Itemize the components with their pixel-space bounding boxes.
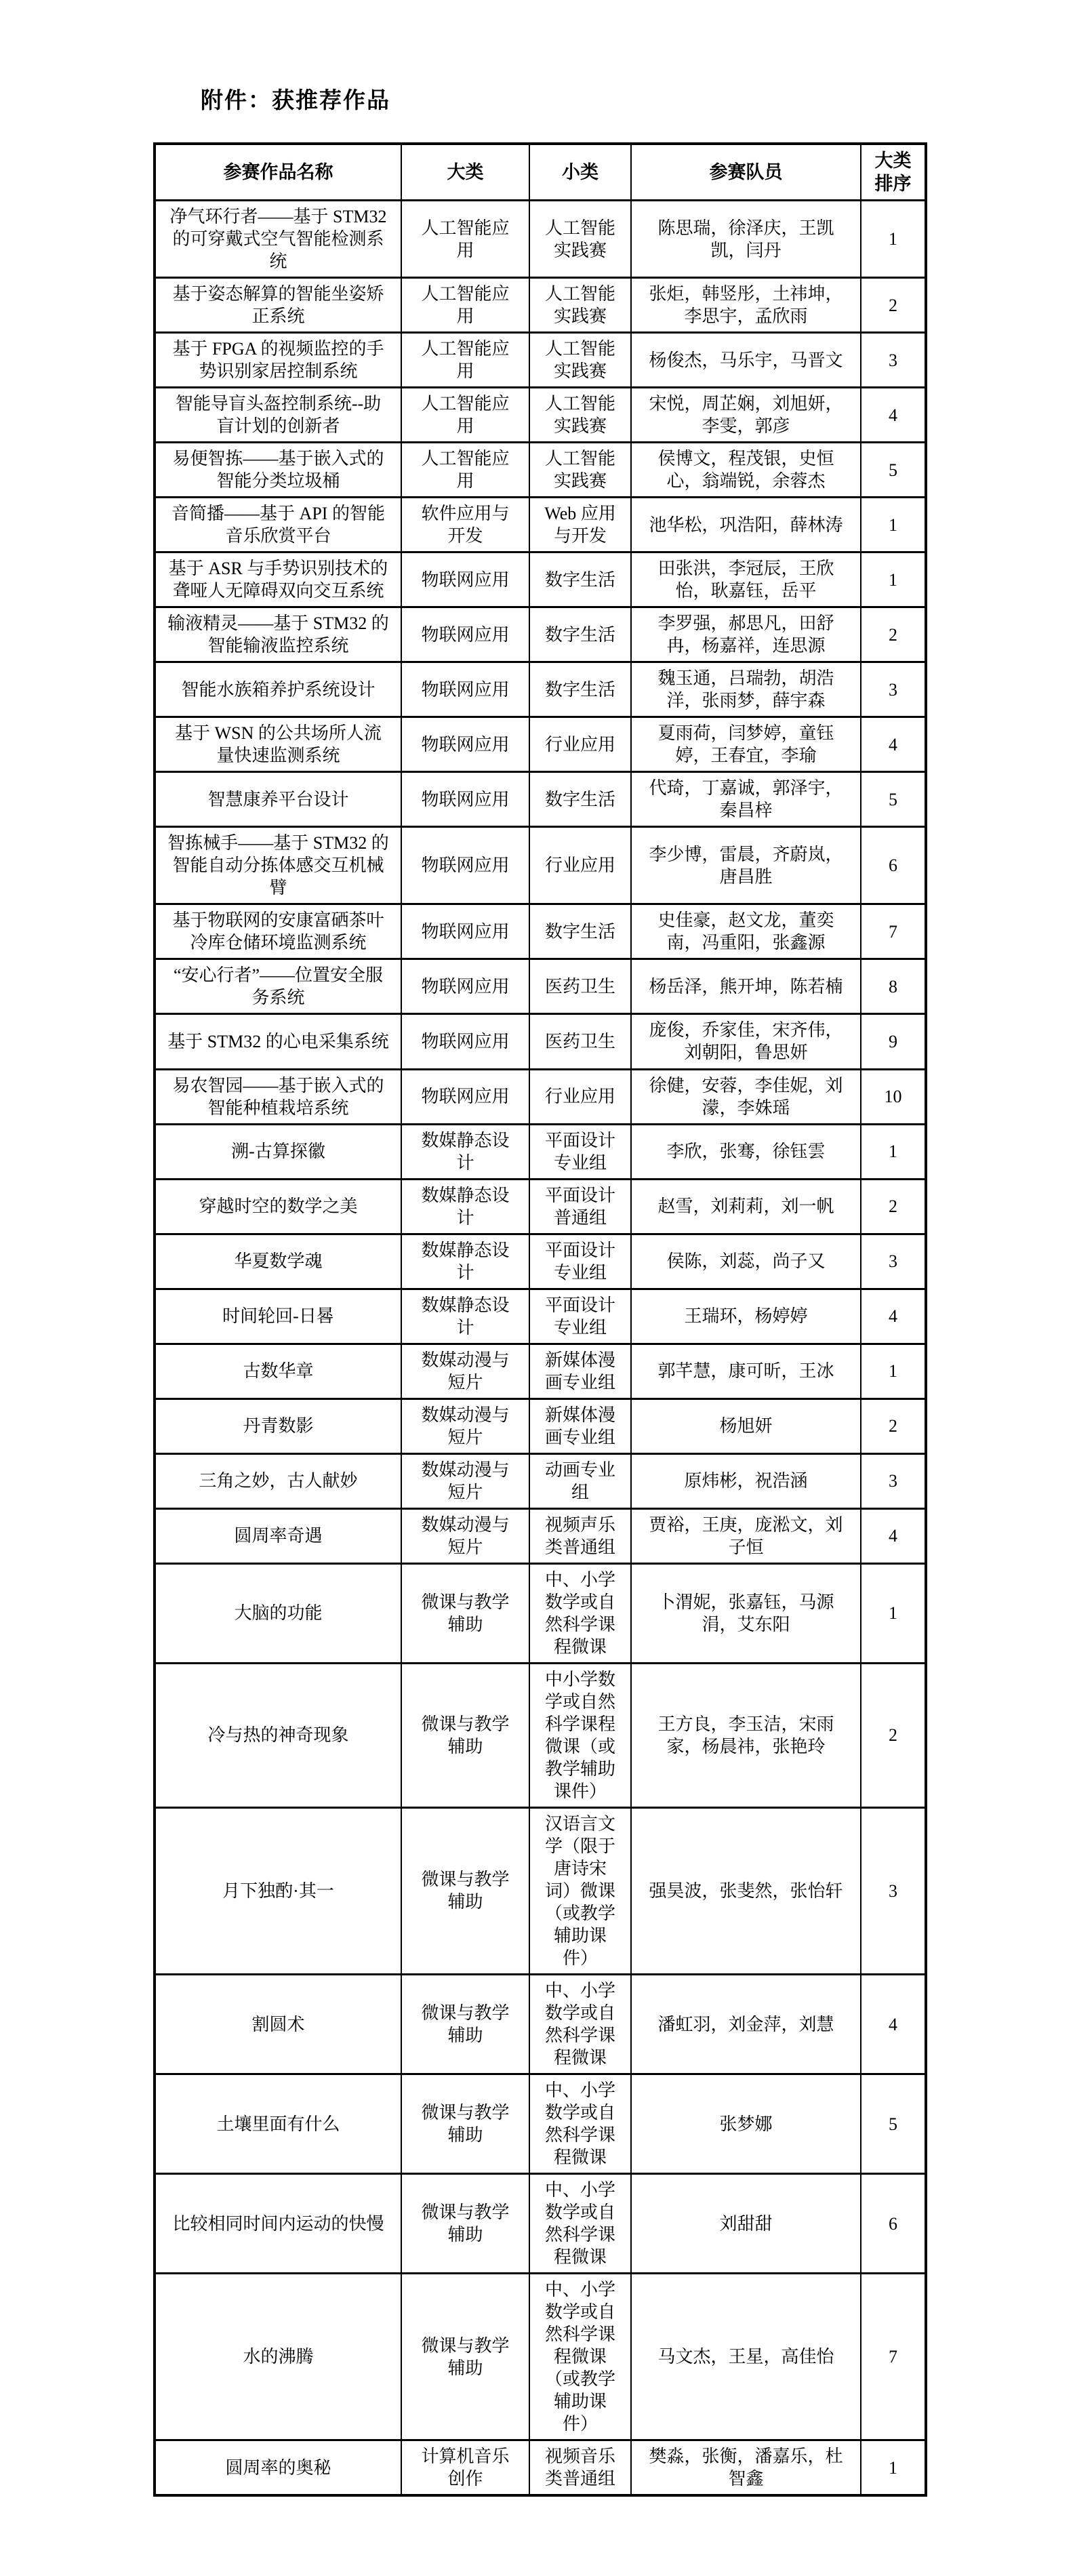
- subcategory-cell: 人工智能实践赛: [529, 201, 631, 278]
- work-name-cell: 冷与热的神奇现象: [155, 1663, 401, 1807]
- subcategory-cell: 汉语言文学（限于唐诗宋词）微课（或教学辅助课件）: [529, 1807, 631, 1974]
- table-row: 穿越时空的数学之美数媒静态设计平面设计普通组赵雪，刘莉莉，刘一帆2: [155, 1179, 926, 1234]
- category-cell: 人工智能应用: [401, 201, 529, 278]
- work-name-cell: 智能导盲头盔控制系统--助盲计划的创新者: [155, 388, 401, 443]
- subcategory-cell: 人工智能实践赛: [529, 333, 631, 388]
- rank-cell: 3: [861, 1807, 926, 1974]
- category-cell: 物联网应用: [401, 552, 529, 607]
- subcategory-cell: 人工智能实践赛: [529, 388, 631, 443]
- work-name-cell: 易农智园——基于嵌入式的智能种植栽培系统: [155, 1069, 401, 1124]
- subcategory-cell: 数字生活: [529, 552, 631, 607]
- table-row: 水的沸腾微课与教学辅助中、小学数学或自然科学课程微课（或教学辅助课件）马文杰，王…: [155, 2274, 926, 2440]
- rank-cell: 2: [861, 278, 926, 333]
- rank-cell: 4: [861, 1975, 926, 2074]
- category-cell: 物联网应用: [401, 827, 529, 904]
- table-row: 割圆术微课与教学辅助中、小学数学或自然科学课程微课潘虹羽，刘金萍，刘慧4: [155, 1975, 926, 2074]
- rank-cell: 7: [861, 2274, 926, 2440]
- subcategory-cell: 中、小学数学或自然科学课程微课: [529, 2174, 631, 2274]
- category-cell: 数媒动漫与短片: [401, 1453, 529, 1508]
- table-row: 古数华章数媒动漫与短片新媒体漫画专业组郭芊慧，康可昕，王冰1: [155, 1344, 926, 1398]
- members-cell: 潘虹羽，刘金萍，刘慧: [631, 1975, 861, 2074]
- table-row: 基于 FPGA 的视频监控的手势识别家居控制系统人工智能应用人工智能实践赛杨俊杰…: [155, 333, 926, 388]
- work-name-cell: 智能水族箱养护系统设计: [155, 662, 401, 717]
- column-header-subcategory: 小类: [529, 144, 631, 201]
- work-name-cell: 基于 WSN 的公共场所人流量快速监测系统: [155, 717, 401, 772]
- subcategory-cell: 数字生活: [529, 904, 631, 959]
- subcategory-cell: 新媒体漫画专业组: [529, 1344, 631, 1398]
- members-cell: 夏雨荷，闫梦婷，童钰婷，王春宜，李瑜: [631, 717, 861, 772]
- subcategory-cell: 行业应用: [529, 717, 631, 772]
- table-row: 基于 WSN 的公共场所人流量快速监测系统物联网应用行业应用夏雨荷，闫梦婷，童钰…: [155, 717, 926, 772]
- rank-cell: 6: [861, 2174, 926, 2274]
- table-row: 智拣械手——基于 STM32 的智能自动分拣体感交互机械臂物联网应用行业应用李少…: [155, 827, 926, 904]
- category-cell: 物联网应用: [401, 662, 529, 717]
- members-cell: 魏玉通，吕瑞勃，胡浩洋，张雨梦，薛宇森: [631, 662, 861, 717]
- rank-cell: 8: [861, 959, 926, 1014]
- table-row: 智能水族箱养护系统设计物联网应用数字生活魏玉通，吕瑞勃，胡浩洋，张雨梦，薛宇森3: [155, 662, 926, 717]
- table-row: 丹青数影数媒动漫与短片新媒体漫画专业组杨旭妍2: [155, 1398, 926, 1453]
- subcategory-cell: 平面设计普通组: [529, 1179, 631, 1234]
- category-cell: 人工智能应用: [401, 388, 529, 443]
- table-row: 音简播——基于 API 的智能音乐欣赏平台软件应用与开发Web 应用与开发池华松…: [155, 498, 926, 552]
- header-row: 参赛作品名称大类小类参赛队员大类排序: [155, 144, 926, 201]
- work-name-cell: 溯-古算探徽: [155, 1124, 401, 1179]
- rank-cell: 1: [861, 1344, 926, 1398]
- members-cell: 杨岳泽，熊开坤，陈若楠: [631, 959, 861, 1014]
- rank-cell: 7: [861, 904, 926, 959]
- work-name-cell: 输液精灵——基于 STM32 的智能输液监控系统: [155, 607, 401, 662]
- members-cell: 郭芊慧，康可昕，王冰: [631, 1344, 861, 1398]
- members-cell: 侯陈，刘蕊，尚子又: [631, 1234, 861, 1289]
- work-name-cell: 净气环行者——基于 STM32 的可穿戴式空气智能检测系统: [155, 201, 401, 278]
- members-cell: 池华松，巩浩阳，薛林涛: [631, 498, 861, 552]
- category-cell: 微课与教学辅助: [401, 2074, 529, 2174]
- work-name-cell: 智慧康养平台设计: [155, 772, 401, 827]
- subcategory-cell: 医药卫生: [529, 959, 631, 1014]
- work-name-cell: 丹青数影: [155, 1398, 401, 1453]
- table-row: 圆周率奇遇数媒动漫与短片视频声乐类普通组贾裕，王庚，庞淞文，刘子恒4: [155, 1508, 926, 1563]
- category-cell: 数媒动漫与短片: [401, 1508, 529, 1563]
- work-name-cell: 时间轮回-日晷: [155, 1289, 401, 1344]
- work-name-cell: 基于 FPGA 的视频监控的手势识别家居控制系统: [155, 333, 401, 388]
- category-cell: 微课与教学辅助: [401, 1807, 529, 1974]
- subcategory-cell: 中、小学数学或自然科学课程微课: [529, 1563, 631, 1663]
- work-name-cell: 穿越时空的数学之美: [155, 1179, 401, 1234]
- column-header-category: 大类: [401, 144, 529, 201]
- work-name-cell: 大脑的功能: [155, 1563, 401, 1663]
- rank-cell: 5: [861, 772, 926, 827]
- work-name-cell: 智拣械手——基于 STM32 的智能自动分拣体感交互机械臂: [155, 827, 401, 904]
- rank-cell: 3: [861, 333, 926, 388]
- rank-cell: 4: [861, 717, 926, 772]
- category-cell: 数媒静态设计: [401, 1289, 529, 1344]
- rank-cell: 10: [861, 1069, 926, 1124]
- category-cell: 物联网应用: [401, 772, 529, 827]
- rank-cell: 3: [861, 1234, 926, 1289]
- subcategory-cell: 行业应用: [529, 827, 631, 904]
- work-name-cell: 华夏数学魂: [155, 1234, 401, 1289]
- table-row: 易便智拣——基于嵌入式的智能分类垃圾桶人工智能应用人工智能实践赛侯博文，程茂银，…: [155, 443, 926, 498]
- table-row: 圆周率的奥秘计算机音乐创作视频音乐类普通组樊淼，张衡，潘嘉乐，杜智鑫1: [155, 2440, 926, 2496]
- subcategory-cell: 人工智能实践赛: [529, 278, 631, 333]
- work-name-cell: 月下独酌·其一: [155, 1807, 401, 1974]
- page-title: 附件：获推荐作品: [201, 83, 390, 115]
- rank-cell: 4: [861, 1289, 926, 1344]
- column-header-work-name: 参赛作品名称: [155, 144, 401, 201]
- rank-cell: 2: [861, 1398, 926, 1453]
- category-cell: 数媒动漫与短片: [401, 1398, 529, 1453]
- members-cell: 刘甜甜: [631, 2174, 861, 2274]
- rank-cell: 4: [861, 1508, 926, 1563]
- members-cell: 樊淼，张衡，潘嘉乐，杜智鑫: [631, 2440, 861, 2496]
- members-cell: 强昊波，张斐然，张怡轩: [631, 1807, 861, 1974]
- category-cell: 微课与教学辅助: [401, 2274, 529, 2440]
- work-name-cell: 基于 STM32 的心电采集系统: [155, 1014, 401, 1069]
- members-cell: 徐健，安蓉，李佳妮，刘濛，李姝瑶: [631, 1069, 861, 1124]
- members-cell: 王瑞环，杨婷婷: [631, 1289, 861, 1344]
- rank-cell: 2: [861, 1179, 926, 1234]
- table-row: 净气环行者——基于 STM32 的可穿戴式空气智能检测系统人工智能应用人工智能实…: [155, 201, 926, 278]
- subcategory-cell: Web 应用与开发: [529, 498, 631, 552]
- category-cell: 微课与教学辅助: [401, 2174, 529, 2274]
- rank-cell: 3: [861, 1453, 926, 1508]
- rank-cell: 2: [861, 1663, 926, 1807]
- members-cell: 庞俊，乔家佳，宋齐伟，刘朝阳，鲁思妍: [631, 1014, 861, 1069]
- members-cell: 宋悦，周芷娴，刘旭妍，李雯，郭彦: [631, 388, 861, 443]
- table-row: 易农智园——基于嵌入式的智能种植栽培系统物联网应用行业应用徐健，安蓉，李佳妮，刘…: [155, 1069, 926, 1124]
- rank-cell: 3: [861, 662, 926, 717]
- subcategory-cell: 新媒体漫画专业组: [529, 1398, 631, 1453]
- rank-cell: 1: [861, 498, 926, 552]
- table-row: 冷与热的神奇现象微课与教学辅助中小学数学或自然科学课程微课（或教学辅助课件）王方…: [155, 1663, 926, 1807]
- category-cell: 计算机音乐创作: [401, 2440, 529, 2496]
- category-cell: 物联网应用: [401, 904, 529, 959]
- category-cell: 物联网应用: [401, 717, 529, 772]
- table-row: 比较相同时间内运动的快慢微课与教学辅助中、小学数学或自然科学课程微课刘甜甜6: [155, 2174, 926, 2274]
- members-cell: 代琦，丁嘉诚，郭泽宇，秦昌梓: [631, 772, 861, 827]
- work-name-cell: 易便智拣——基于嵌入式的智能分类垃圾桶: [155, 443, 401, 498]
- table-row: 基于 STM32 的心电采集系统物联网应用医药卫生庞俊，乔家佳，宋齐伟，刘朝阳，…: [155, 1014, 926, 1069]
- category-cell: 物联网应用: [401, 1014, 529, 1069]
- work-name-cell: 古数华章: [155, 1344, 401, 1398]
- category-cell: 物联网应用: [401, 1069, 529, 1124]
- work-name-cell: 基于姿态解算的智能坐姿矫正系统: [155, 278, 401, 333]
- table-row: 基于姿态解算的智能坐姿矫正系统人工智能应用人工智能实践赛张炬，韩竖彤，土祎坤，李…: [155, 278, 926, 333]
- table-body: 净气环行者——基于 STM32 的可穿戴式空气智能检测系统人工智能应用人工智能实…: [155, 201, 926, 2496]
- subcategory-cell: 平面设计专业组: [529, 1234, 631, 1289]
- rank-cell: 9: [861, 1014, 926, 1069]
- category-cell: 数媒动漫与短片: [401, 1344, 529, 1398]
- members-cell: 张梦娜: [631, 2074, 861, 2174]
- category-cell: 人工智能应用: [401, 333, 529, 388]
- work-name-cell: 圆周率奇遇: [155, 1508, 401, 1563]
- column-header-rank: 大类排序: [861, 144, 926, 201]
- category-cell: 数媒静态设计: [401, 1234, 529, 1289]
- rank-cell: 1: [861, 1563, 926, 1663]
- work-name-cell: 水的沸腾: [155, 2274, 401, 2440]
- work-name-cell: 三角之妙，古人献妙: [155, 1453, 401, 1508]
- members-cell: 李少博，雷晨，齐蔚岚，唐昌胜: [631, 827, 861, 904]
- rank-cell: 2: [861, 607, 926, 662]
- subcategory-cell: 中、小学数学或自然科学课程微课（或教学辅助课件）: [529, 2274, 631, 2440]
- members-cell: 马文杰，王星，高佳怡: [631, 2274, 861, 2440]
- members-cell: 贾裕，王庚，庞淞文，刘子恒: [631, 1508, 861, 1563]
- category-cell: 微课与教学辅助: [401, 1563, 529, 1663]
- members-cell: 卜渭妮，张嘉钰，马源涓，艾东阳: [631, 1563, 861, 1663]
- category-cell: 微课与教学辅助: [401, 1975, 529, 2074]
- work-name-cell: 割圆术: [155, 1975, 401, 2074]
- category-cell: 数媒静态设计: [401, 1179, 529, 1234]
- table-row: 土壤里面有什么微课与教学辅助中、小学数学或自然科学课程微课张梦娜5: [155, 2074, 926, 2174]
- work-name-cell: “安心行者”——位置安全服务系统: [155, 959, 401, 1014]
- table-row: “安心行者”——位置安全服务系统物联网应用医药卫生杨岳泽，熊开坤，陈若楠8: [155, 959, 926, 1014]
- subcategory-cell: 中小学数学或自然科学课程微课（或教学辅助课件）: [529, 1663, 631, 1807]
- table-row: 月下独酌·其一微课与教学辅助汉语言文学（限于唐诗宋词）微课（或教学辅助课件）强昊…: [155, 1807, 926, 1974]
- subcategory-cell: 平面设计专业组: [529, 1124, 631, 1179]
- work-name-cell: 基于 ASR 与手势识别技术的聋哑人无障碍双向交互系统: [155, 552, 401, 607]
- category-cell: 数媒静态设计: [401, 1124, 529, 1179]
- category-cell: 人工智能应用: [401, 278, 529, 333]
- subcategory-cell: 视频音乐类普通组: [529, 2440, 631, 2496]
- members-cell: 陈思瑞，徐泽庆，王凯凯，闫丹: [631, 201, 861, 278]
- rank-cell: 1: [861, 1124, 926, 1179]
- work-name-cell: 音简播——基于 API 的智能音乐欣赏平台: [155, 498, 401, 552]
- column-header-members: 参赛队员: [631, 144, 861, 201]
- rank-cell: 1: [861, 552, 926, 607]
- members-cell: 李罗强，郝思凡，田舒冉，杨嘉祥，连思源: [631, 607, 861, 662]
- subcategory-cell: 行业应用: [529, 1069, 631, 1124]
- subcategory-cell: 数字生活: [529, 607, 631, 662]
- table-row: 基于 ASR 与手势识别技术的聋哑人无障碍双向交互系统物联网应用数字生活田张洪，…: [155, 552, 926, 607]
- members-cell: 王方良，李玉洁，宋雨家，杨晨祎，张艳玲: [631, 1663, 861, 1807]
- rank-cell: 4: [861, 388, 926, 443]
- subcategory-cell: 中、小学数学或自然科学课程微课: [529, 2074, 631, 2174]
- subcategory-cell: 视频声乐类普通组: [529, 1508, 631, 1563]
- category-cell: 物联网应用: [401, 607, 529, 662]
- subcategory-cell: 中、小学数学或自然科学课程微课: [529, 1975, 631, 2074]
- members-cell: 张炬，韩竖彤，土祎坤，李思宇，孟欣雨: [631, 278, 861, 333]
- members-cell: 李欣，张骞，徐钰雲: [631, 1124, 861, 1179]
- subcategory-cell: 人工智能实践赛: [529, 443, 631, 498]
- rank-cell: 1: [861, 201, 926, 278]
- work-name-cell: 基于物联网的安康富硒茶叶冷库仓储环境监测系统: [155, 904, 401, 959]
- subcategory-cell: 动画专业组: [529, 1453, 631, 1508]
- category-cell: 人工智能应用: [401, 443, 529, 498]
- recommended-works-table: 参赛作品名称大类小类参赛队员大类排序 净气环行者——基于 STM32 的可穿戴式…: [153, 142, 927, 2497]
- members-cell: 原炜彬，祝浩涵: [631, 1453, 861, 1508]
- work-name-cell: 土壤里面有什么: [155, 2074, 401, 2174]
- category-cell: 软件应用与开发: [401, 498, 529, 552]
- subcategory-cell: 数字生活: [529, 772, 631, 827]
- members-cell: 史佳豪，赵文龙，董奕南，冯重阳，张鑫源: [631, 904, 861, 959]
- table-row: 智能导盲头盔控制系统--助盲计划的创新者人工智能应用人工智能实践赛宋悦，周芷娴，…: [155, 388, 926, 443]
- rank-cell: 6: [861, 827, 926, 904]
- members-cell: 杨旭妍: [631, 1398, 861, 1453]
- rank-cell: 1: [861, 2440, 926, 2496]
- table-row: 大脑的功能微课与教学辅助中、小学数学或自然科学课程微课卜渭妮，张嘉钰，马源涓，艾…: [155, 1563, 926, 1663]
- subcategory-cell: 平面设计专业组: [529, 1289, 631, 1344]
- subcategory-cell: 数字生活: [529, 662, 631, 717]
- rank-cell: 5: [861, 443, 926, 498]
- subcategory-cell: 医药卫生: [529, 1014, 631, 1069]
- members-cell: 赵雪，刘莉莉，刘一帆: [631, 1179, 861, 1234]
- table-row: 输液精灵——基于 STM32 的智能输液监控系统物联网应用数字生活李罗强，郝思凡…: [155, 607, 926, 662]
- table-row: 时间轮回-日晷数媒静态设计平面设计专业组王瑞环，杨婷婷4: [155, 1289, 926, 1344]
- table-row: 三角之妙，古人献妙数媒动漫与短片动画专业组原炜彬，祝浩涵3: [155, 1453, 926, 1508]
- members-cell: 侯博文，程茂银，史恒心，翁端锐，余蓉杰: [631, 443, 861, 498]
- members-cell: 田张洪，李冠辰，王欣怡，耿嘉钰，岳平: [631, 552, 861, 607]
- category-cell: 物联网应用: [401, 959, 529, 1014]
- table-row: 华夏数学魂数媒静态设计平面设计专业组侯陈，刘蕊，尚子又3: [155, 1234, 926, 1289]
- table-row: 溯-古算探徽数媒静态设计平面设计专业组李欣，张骞，徐钰雲1: [155, 1124, 926, 1179]
- category-cell: 微课与教学辅助: [401, 1663, 529, 1807]
- work-name-cell: 比较相同时间内运动的快慢: [155, 2174, 401, 2274]
- table-row: 智慧康养平台设计物联网应用数字生活代琦，丁嘉诚，郭泽宇，秦昌梓5: [155, 772, 926, 827]
- work-name-cell: 圆周率的奥秘: [155, 2440, 401, 2496]
- rank-cell: 5: [861, 2074, 926, 2174]
- table-row: 基于物联网的安康富硒茶叶冷库仓储环境监测系统物联网应用数字生活史佳豪，赵文龙，董…: [155, 904, 926, 959]
- members-cell: 杨俊杰，马乐宇，马晋文: [631, 333, 861, 388]
